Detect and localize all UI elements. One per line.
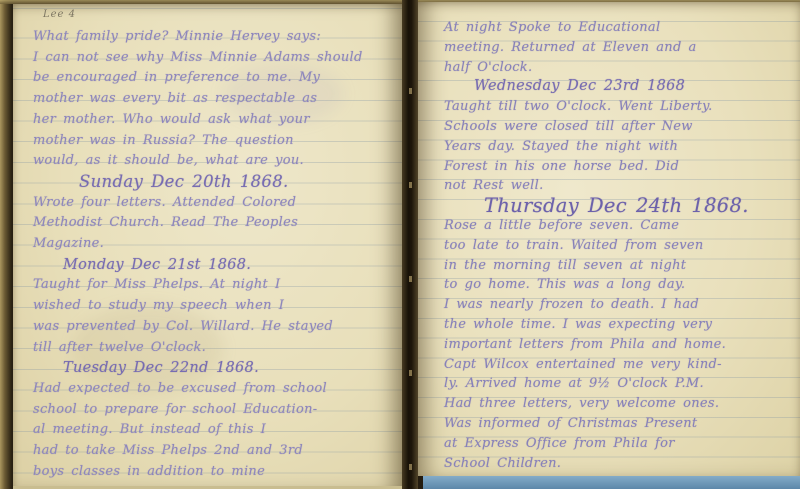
pencil-page-note: Lee 4 <box>43 9 76 20</box>
right-page: At night Spoke to Educationalmeeting. Re… <box>418 2 800 476</box>
handwriting-line: was prevented by Col. Willard. He stayed <box>33 317 398 338</box>
handwriting-line: meeting. Returned at Eleven and a <box>444 38 796 58</box>
handwriting-line: half O'clock. <box>444 58 796 78</box>
handwriting-line: At night Spoke to Educational <box>444 18 796 38</box>
handwriting-line: important letters from Phila and home. <box>444 335 796 355</box>
handwriting-line: Wrote four letters. Attended Colored <box>33 193 398 214</box>
handwriting-line: be encouraged in preference to me. My <box>33 68 398 89</box>
handwriting-line: wished to study my speech when I <box>33 296 398 317</box>
diary-entry: Taught till two O'clock. Went Liberty.Sc… <box>444 97 796 196</box>
handwriting-line: I can not see why Miss Minnie Adams shou… <box>33 48 398 69</box>
handwriting-line: school to prepare for school Education- <box>33 400 398 421</box>
entry-date-heading: Wednesday Dec 23rd 1868 <box>444 77 796 97</box>
entry-date-heading: Monday Dec 21st 1868. <box>33 255 398 276</box>
diary-opening-paragraph: What family pride? Minnie Hervey says:I … <box>33 27 398 172</box>
handwriting-line: Had three letters, very welcome ones. <box>444 394 796 414</box>
book-cover-blue-edge <box>423 476 800 489</box>
book-cover-left-edge <box>0 0 14 489</box>
handwriting-line: at Express Office from Phila for <box>444 434 796 454</box>
right-page-handwriting: At night Spoke to Educationalmeeting. Re… <box>444 18 796 473</box>
diary-photo: Lee 4 What family pride? Minnie Hervey s… <box>0 0 800 489</box>
handwriting-line: Rose a little before seven. Came <box>444 216 796 236</box>
handwriting-line: Magazine. <box>33 234 398 255</box>
handwriting-line: in the morning till seven at night <box>444 256 796 276</box>
left-page-handwriting: What family pride? Minnie Hervey says:I … <box>33 27 398 482</box>
handwriting-line: ly. Arrived home at 9½ O'clock P.M. <box>444 374 796 394</box>
handwriting-line: Taught for Miss Phelps. At night I <box>33 275 398 296</box>
diary-entry: Rose a little before seven. Cametoo late… <box>444 216 796 473</box>
diary-entry: Wrote four letters. Attended ColoredMeth… <box>33 193 398 255</box>
handwriting-line: mother was every bit as respectable as <box>33 89 398 110</box>
handwriting-line: al meeting. But instead of this I <box>33 420 398 441</box>
diary-opening-paragraph: At night Spoke to Educationalmeeting. Re… <box>444 18 796 77</box>
handwriting-line: to go home. This was a long day. <box>444 275 796 295</box>
handwriting-line: had to take Miss Phelps 2nd and 3rd <box>33 441 398 462</box>
book-spine-gutter <box>402 0 418 489</box>
entry-date-heading: Sunday Dec 20th 1868. <box>33 172 398 193</box>
handwriting-line: Had expected to be excused from school <box>33 379 398 400</box>
handwriting-line: too late to train. Waited from seven <box>444 236 796 256</box>
handwriting-line: her mother. Who would ask what your <box>33 110 398 131</box>
handwriting-line: Forest in his one horse bed. Did <box>444 157 796 177</box>
handwriting-line: Capt Wilcox entertained me very kind- <box>444 355 796 375</box>
left-page: Lee 4 What family pride? Minnie Hervey s… <box>13 4 402 489</box>
handwriting-line: would, as it should be, what are you. <box>33 151 398 172</box>
diary-entry: Had expected to be excused from schoolsc… <box>33 379 398 483</box>
handwriting-line: Taught till two O'clock. Went Liberty. <box>444 97 796 117</box>
handwriting-line: mother was in Russia? The question <box>33 131 398 152</box>
handwriting-line: the whole time. I was expecting very <box>444 315 796 335</box>
diary-entry: Taught for Miss Phelps. At night Iwished… <box>33 275 398 358</box>
handwriting-line: What family pride? Minnie Hervey says: <box>33 27 398 48</box>
entry-date-heading: Thursday Dec 24th 1868. <box>444 196 796 216</box>
handwriting-line: Was informed of Christmas Present <box>444 414 796 434</box>
handwriting-line: School Children. <box>444 454 796 474</box>
handwriting-line: I was nearly frozen to death. I had <box>444 295 796 315</box>
handwriting-line: Methodist Church. Read The Peoples <box>33 213 398 234</box>
handwriting-line: Schools were closed till after New <box>444 117 796 137</box>
handwriting-line: Years day. Stayed the night with <box>444 137 796 157</box>
entry-date-heading: Tuesday Dec 22nd 1868. <box>33 358 398 379</box>
handwriting-line: till after twelve O'clock. <box>33 338 398 359</box>
handwriting-line: boys classes in addition to mine <box>33 462 398 483</box>
